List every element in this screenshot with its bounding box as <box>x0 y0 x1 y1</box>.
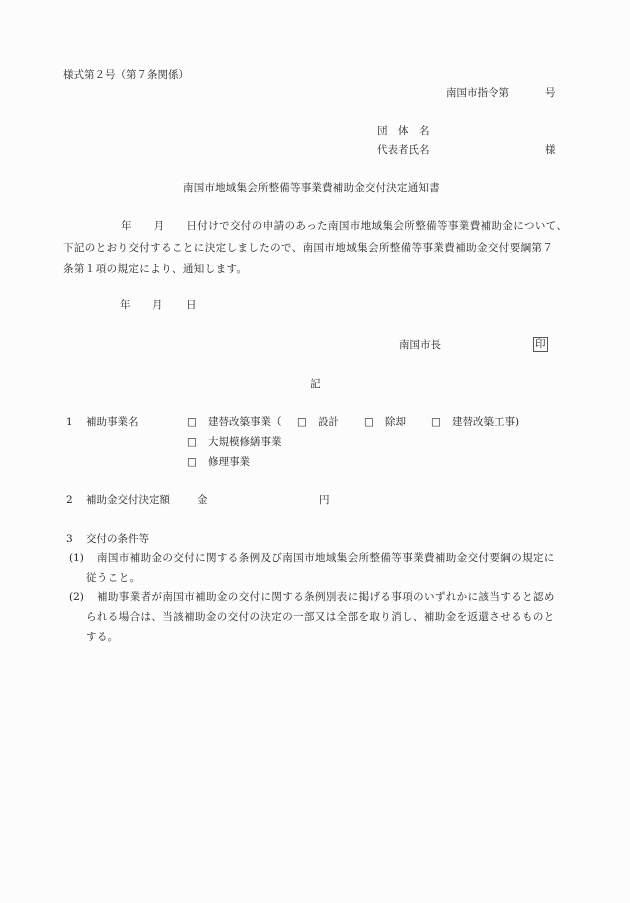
item-1-number: 1 <box>66 415 73 429</box>
issue-date-day: 日 <box>186 298 197 312</box>
seal-icon: 印 <box>533 337 548 352</box>
body-line-2: 下記のとおり交付することに決定しましたので、南国市地域集会所整備等事業費補助金交… <box>63 241 553 255</box>
item-2-number: 2 <box>66 493 73 507</box>
option-rebuild: 建替改築事業（ <box>208 415 282 429</box>
amount-suffix: 円 <box>319 493 330 507</box>
condition-2-line-2: られる場合は、当該補助金の交付の決定の一部又は全部を取り消し、補助金を返還させる… <box>86 610 555 624</box>
condition-1-line-1: 南国市補助金の交付に関する条例及び南国市地域集会所整備等事業費補助金交付要綱の規… <box>97 551 555 565</box>
condition-1-number: (1) <box>69 551 84 565</box>
option-repair: 修理事業 <box>208 455 250 469</box>
checkbox-repair[interactable]: □ <box>187 455 197 469</box>
issue-date-year: 年 <box>120 298 131 312</box>
seal-mark: 印 <box>533 337 548 352</box>
checkbox-design[interactable]: □ <box>297 415 307 429</box>
form-number: 様式第２号（第７条関係） <box>63 68 189 82</box>
representative-name-label: 代表者氏名 <box>377 143 430 157</box>
item-2-label: 補助金交付決定額 <box>86 493 170 507</box>
checkbox-icon: □ <box>431 415 441 429</box>
issuer-name: 南国市長 <box>399 338 441 352</box>
document-title: 南国市地域集会所整備等事業費補助金交付決定通知書 <box>183 181 440 195</box>
issue-date-month: 月 <box>152 298 163 312</box>
sub-option-design: 設計 <box>318 415 339 429</box>
item-3-number: 3 <box>66 532 73 546</box>
condition-2-line-1: 補助事業者が南国市補助金の交付に関する条例別表に掲げる事項のいずれかに該当すると… <box>97 590 555 604</box>
honorific: 様 <box>545 143 556 157</box>
option-major-repair: 大規模修繕事業 <box>208 435 282 449</box>
condition-2-number: (2) <box>69 590 84 604</box>
checkbox-icon: □ <box>187 415 197 429</box>
condition-1-line-2: 従うこと。 <box>86 571 141 585</box>
checkbox-rebuild-work[interactable]: □ <box>431 415 441 429</box>
sub-option-demolition: 除却 <box>385 415 406 429</box>
condition-2-line-3: する。 <box>86 630 119 644</box>
body-line-1: 年 月 日付けで交付の申請のあった南国市地域集会所整備等事業費補助金について、 <box>121 219 567 233</box>
checkbox-major-repair[interactable]: □ <box>187 435 197 449</box>
amount-prefix: 金 <box>197 493 208 507</box>
reference-number-prefix: 南国市指令第 <box>446 86 509 100</box>
body-line-3: 条第１項の規定により、通知します。 <box>63 262 247 276</box>
organization-name-label: 団 体 名 <box>377 124 430 138</box>
ki-heading: 記 <box>310 377 321 391</box>
checkbox-icon: □ <box>297 415 307 429</box>
sub-option-rebuild-work: 建替改築工事) <box>452 415 519 429</box>
checkbox-icon: □ <box>187 435 197 449</box>
reference-number-suffix: 号 <box>545 86 556 100</box>
item-1-label: 補助事業名 <box>86 415 139 429</box>
item-3-label: 交付の条件等 <box>86 532 149 546</box>
checkbox-icon: □ <box>187 455 197 469</box>
checkbox-rebuild[interactable]: □ <box>187 415 197 429</box>
checkbox-icon: □ <box>364 415 374 429</box>
checkbox-demolition[interactable]: □ <box>364 415 374 429</box>
